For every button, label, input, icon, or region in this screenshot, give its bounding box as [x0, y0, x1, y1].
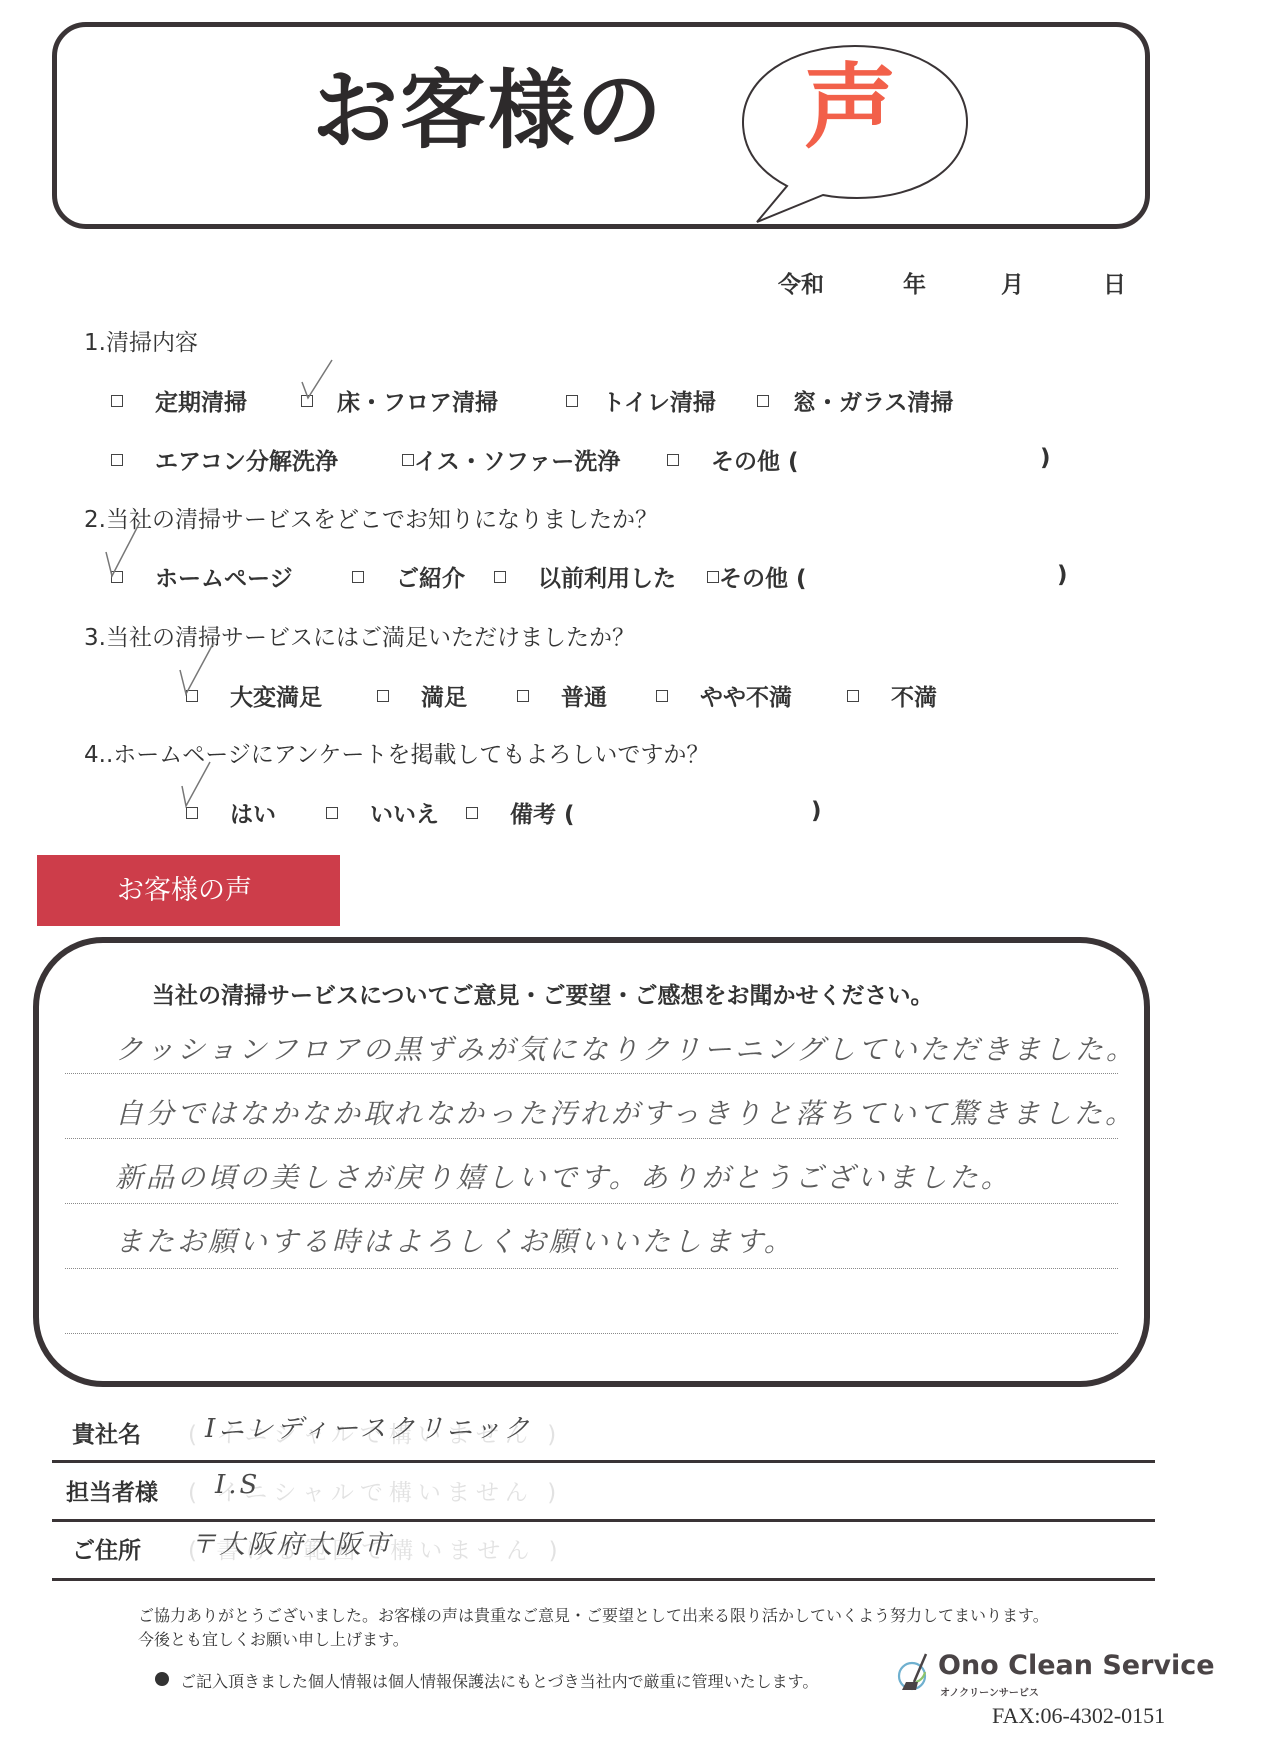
handwritten-check-icon	[300, 358, 336, 402]
checkbox[interactable]	[466, 807, 478, 819]
option-referral[interactable]: ご紹介	[352, 560, 465, 593]
comment-line-3: 新品の頃の美しさが戻り嬉しいです。ありがとうございました。	[115, 1156, 1012, 1196]
company-name-field[interactable]: Iニレディースクリニック	[205, 1408, 532, 1445]
handwritten-check-icon	[178, 640, 218, 700]
form-divider	[52, 1578, 1155, 1581]
option-sofa-cleaning[interactable]: イス・ソファー洗浄	[402, 443, 620, 476]
checkbox[interactable]	[656, 690, 668, 702]
option-satisfied[interactable]: 満足	[377, 679, 467, 712]
other-q1-close: )	[1040, 445, 1051, 471]
address-field[interactable]: 〒大阪府大阪市	[190, 1524, 393, 1561]
company-logo-subtitle: オノクリーンサービス	[940, 1684, 1039, 1699]
remarks-close: )	[811, 798, 822, 824]
checkbox[interactable]	[707, 571, 719, 583]
question-1-title: 1.清掃内容	[84, 324, 198, 357]
option-remarks[interactable]: 備考 (	[466, 796, 575, 829]
other-q2-close: )	[1057, 562, 1068, 588]
checkbox[interactable]	[111, 395, 123, 407]
company-logo-name: Ono Clean Service	[938, 1650, 1215, 1681]
thanks-line-1: ご協力ありがとうございました。お客様の声は貴重なご意見・ご要望として出来る限り活…	[138, 1603, 1049, 1626]
question-2-title: 2.当社の清掃サービスをどこでお知りになりましたか？	[84, 501, 658, 534]
ruled-line	[65, 1138, 1118, 1139]
option-neutral[interactable]: 普通	[517, 679, 607, 712]
checkbox[interactable]	[111, 454, 123, 466]
option-no[interactable]: いいえ	[326, 796, 439, 829]
ruled-line	[65, 1203, 1118, 1204]
contact-person-label: 担当者様	[66, 1474, 158, 1507]
page-title: お客様の	[312, 68, 664, 154]
comment-line-2: 自分ではなかなか取れなかった汚れがすっきりと落ちていて驚きました。	[115, 1092, 1136, 1132]
option-toilet-cleaning[interactable]: トイレ清掃	[566, 384, 716, 417]
section-label-customer-voice: お客様の声	[37, 855, 340, 926]
ruled-line	[65, 1073, 1118, 1074]
comment-line-4: またお願いする時はよろしくお願いいたします。	[115, 1220, 795, 1260]
date-day-label: 日	[1103, 266, 1126, 299]
form-divider	[52, 1460, 1155, 1463]
form-divider	[52, 1519, 1155, 1522]
option-dissatisfied[interactable]: 不満	[847, 679, 937, 712]
option-somewhat-dissatisfied[interactable]: やや不満	[656, 679, 792, 712]
checkbox[interactable]	[517, 690, 529, 702]
option-aircon-cleaning[interactable]: エアコン分解洗浄	[111, 443, 338, 476]
checkbox[interactable]	[847, 690, 859, 702]
option-other-q1[interactable]: その他 (	[667, 443, 799, 476]
checkbox[interactable]	[494, 571, 506, 583]
question-4-title: 4..ホームページにアンケートを掲載してもよろしいですか？	[84, 736, 709, 769]
comment-prompt: 当社の清掃サービスについてご意見・ご要望・ご感想をお聞かせください。	[152, 977, 934, 1010]
handwritten-check-icon	[180, 760, 216, 810]
option-used-before[interactable]: 以前利用した	[494, 560, 676, 593]
address-label: ご住所	[72, 1532, 141, 1565]
date-month-label: 月	[1001, 266, 1024, 299]
contact-person-field[interactable]: I.S	[215, 1470, 260, 1500]
question-3-title: 3.当社の清掃サービスにはご満足いただけましたか？	[84, 619, 635, 652]
bubble-voice-char: 声	[804, 62, 896, 154]
checkbox[interactable]	[326, 807, 338, 819]
thanks-line-2: 今後とも宜しくお願い申し上げます。	[138, 1627, 409, 1650]
broom-logo-icon	[896, 1652, 936, 1694]
checkbox[interactable]	[757, 395, 769, 407]
bullet-icon	[155, 1672, 169, 1686]
comment-line-1: クッションフロアの黒ずみが気になりクリーニングしていただきました。	[115, 1028, 1137, 1068]
fax-number: FAX:06-4302-0151	[992, 1703, 1165, 1729]
privacy-note: ご記入頂きました個人情報は個人情報保護法にもとづき当社内で厳重に管理いたします。	[180, 1669, 818, 1692]
option-regular-cleaning[interactable]: 定期清掃	[111, 384, 247, 417]
option-window-cleaning[interactable]: 窓・ガラス清掃	[757, 384, 953, 417]
checkbox[interactable]	[352, 571, 364, 583]
company-name-label: 貴社名	[72, 1416, 141, 1449]
ruled-line	[65, 1268, 1118, 1269]
option-other-q2[interactable]: その他 (	[707, 560, 807, 593]
handwritten-check-icon	[104, 520, 144, 580]
checkbox[interactable]	[377, 690, 389, 702]
checkbox[interactable]	[667, 454, 679, 466]
checkbox[interactable]	[402, 454, 414, 466]
date-era: 令和	[778, 266, 824, 299]
checkbox[interactable]	[566, 395, 578, 407]
ruled-line	[65, 1333, 1118, 1334]
date-year-label: 年	[903, 266, 926, 299]
